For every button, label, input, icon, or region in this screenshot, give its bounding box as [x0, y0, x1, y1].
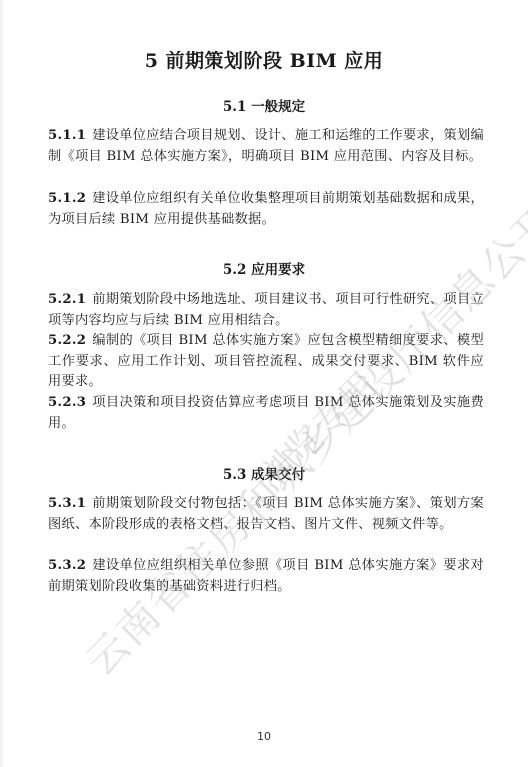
- clause-5-1-2: 5.1.2建设单位应组织有关单位收集整理项目前期策划基础数据和成果，为项目后续 …: [48, 189, 484, 230]
- clause-text: 前期策划阶段中场地选址、项目建议书、项目可行性研究、项目立项等内容均应与后续 B…: [48, 292, 484, 328]
- clause-text: 建设单位应组织相关单位参照《项目 BIM 总体实施方案》要求对前期策划阶段收集的…: [48, 558, 484, 594]
- page-edge: [0, 0, 3, 767]
- clause-text: 建设单位应结合项目规划、设计、施工和运维的工作要求，策划编制《项目 BIM 总体…: [48, 128, 484, 164]
- clause-5-3-2: 5.3.2建设单位应组织相关单位参照《项目 BIM 总体实施方案》要求对前期策划…: [48, 556, 484, 597]
- clause-text: 编制的《项目 BIM 总体实施方案》应包含模型精细度要求、模型工作要求、应用工作…: [48, 333, 484, 389]
- section-heading-5-3: 5.3 成果交付: [0, 463, 528, 483]
- page-number: 10: [0, 730, 528, 743]
- section-heading-5-2: 5.2 应用要求: [0, 258, 528, 278]
- section-heading-5-1: 5.1 一般规定: [0, 95, 528, 115]
- chapter-title: 5 前期策划阶段 BIM 应用: [0, 46, 528, 73]
- clause-number: 5.3.1: [48, 496, 86, 511]
- document-page: 5 前期策划阶段 BIM 应用 5.1 一般规定 5.1.1建设单位应结合项目规…: [0, 0, 528, 767]
- clause-5-2-1: 5.2.1前期策划阶段中场地选址、项目建议书、项目可行性研究、项目立项等内容均应…: [48, 290, 484, 331]
- clause-number: 5.1.1: [48, 128, 86, 143]
- clause-number: 5.1.2: [48, 191, 86, 206]
- clause-5-2-2: 5.2.2编制的《项目 BIM 总体实施方案》应包含模型精细度要求、模型工作要求…: [48, 331, 484, 393]
- clause-number: 5.3.2: [48, 558, 86, 573]
- clause-5-1-1: 5.1.1建设单位应结合项目规划、设计、施工和运维的工作要求，策划编制《项目 B…: [48, 126, 484, 167]
- clause-text: 前期策划阶段交付物包括：《项目 BIM 总体实施方案》、策划方案图纸、本阶段形成…: [48, 496, 484, 532]
- clause-5-2-3: 5.2.3项目决策和项目投资估算应考虑项目 BIM 总体实施策划及实施费用。: [48, 393, 484, 434]
- clause-text: 建设单位应组织有关单位收集整理项目前期策划基础数据和成果，为项目后续 BIM 应…: [48, 191, 484, 227]
- clause-5-3-1: 5.3.1前期策划阶段交付物包括：《项目 BIM 总体实施方案》、策划方案图纸、…: [48, 494, 484, 535]
- clause-text: 项目决策和项目投资估算应考虑项目 BIM 总体实施策划及实施费用。: [48, 395, 484, 431]
- clause-number: 5.2.2: [48, 333, 86, 348]
- clause-number: 5.2.3: [48, 395, 86, 410]
- clause-number: 5.2.1: [48, 292, 86, 307]
